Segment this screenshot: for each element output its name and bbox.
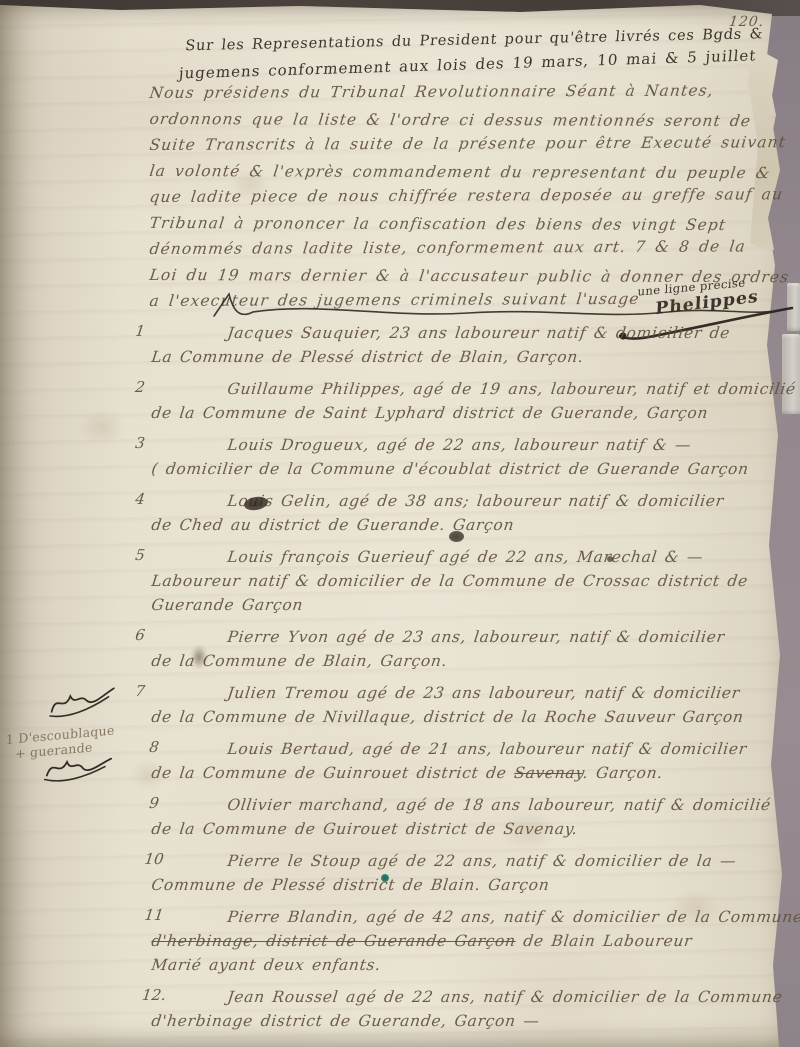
entry-line: Jean Roussel agé de 22 ans, natif & domi… bbox=[226, 985, 799, 1009]
list-entry: 3 Louis Drogueux, agé de 22 ans, laboure… bbox=[120, 433, 796, 481]
entry-number: 12. bbox=[136, 986, 172, 1004]
paragraph-line: Nous présidens du Tribunal Revolutionnai… bbox=[148, 77, 791, 106]
entry-line: de la Commune de Guirouet district de Sa… bbox=[150, 817, 799, 841]
entry-line: Julien Tremou agé de 23 ans laboureur, n… bbox=[226, 681, 799, 705]
entry-line: Jacques Sauquier, 23 ans laboureur natif… bbox=[226, 321, 799, 345]
entry-line: Marié ayant deux enfants. bbox=[150, 953, 799, 977]
order-paragraph: Nous présidens du Tribunal Revolutionnai… bbox=[148, 80, 788, 314]
list-entry: 1 Jacques Sauquier, 23 ans laboureur nat… bbox=[120, 321, 796, 369]
entry-number: 10 bbox=[136, 850, 172, 868]
list-entry: 5 Louis françois Guerieuf agé de 22 ans,… bbox=[120, 545, 796, 617]
paragraph-line: que ladite piece de nous chiffrée rester… bbox=[148, 181, 791, 210]
entry-line: Guerande Garçon bbox=[150, 593, 799, 617]
manuscript-scan: 120. Sur les Representations du Presiden… bbox=[0, 0, 800, 1047]
list-entry: 10 Pierre le Stoup agé de 22 ans, natif … bbox=[120, 849, 796, 897]
entry-line: ( domicilier de la Commune d'écoublat di… bbox=[150, 457, 799, 481]
entry-line: Pierre le Stoup agé de 22 ans, natif & d… bbox=[226, 849, 799, 873]
entry-line: Laboureur natif & domicilier de la Commu… bbox=[150, 569, 799, 593]
entry-line: Commune de Plessé district de Blain. Gar… bbox=[150, 873, 799, 897]
struck-text: Savenay bbox=[513, 764, 584, 782]
list-entry: 4 Louis Gelin, agé de 38 ans; laboureur … bbox=[120, 489, 796, 537]
entry-number: 6 bbox=[122, 626, 158, 644]
struck-text: d'herbinage, district de Guerande Garçon bbox=[150, 932, 517, 950]
list-entry: 11 Pierre Blandin, agé de 42 ans, natif … bbox=[120, 905, 796, 977]
entry-line: de la Commune de Nivillaque, district de… bbox=[150, 705, 799, 729]
entry-line: d'herbinage, district de Guerande Garçon… bbox=[150, 929, 799, 953]
entry-text-segment: de la Commune de Guinrouet district de bbox=[150, 764, 515, 782]
entry-number: 3 bbox=[122, 434, 158, 452]
entry-number: 4 bbox=[122, 490, 158, 508]
entry-line: de la Commune de Guinrouet district de S… bbox=[150, 761, 799, 785]
entry-number: 9 bbox=[136, 794, 172, 812]
entry-number: 2 bbox=[122, 378, 158, 396]
paragraph-line: Suite Transcrits à la suite de la présen… bbox=[148, 129, 791, 158]
paraph-flourish-icon bbox=[41, 753, 148, 787]
list-entry: 12. Jean Roussel agé de 22 ans, natif & … bbox=[120, 985, 796, 1033]
entry-line: Louis Gelin, agé de 38 ans; laboureur na… bbox=[226, 489, 799, 513]
entry-line: de la Commune de Saint Lyphard district … bbox=[150, 401, 799, 425]
list-entry: 8 Louis Bertaud, agé de 21 ans, laboureu… bbox=[120, 737, 796, 785]
paraph-flourish-icon bbox=[44, 682, 142, 722]
list-entry: 9 Ollivier marchand, agé de 18 ans labou… bbox=[120, 793, 796, 841]
marginal-correction-note: 1 D'escoublaque + guerande bbox=[0, 682, 148, 794]
entry-text-segment: . Garçon. bbox=[582, 764, 664, 782]
entry-line: Louis Bertaud, agé de 21 ans, laboureur … bbox=[226, 737, 799, 761]
entry-number: 5 bbox=[122, 546, 158, 564]
entry-number: 11 bbox=[136, 906, 172, 924]
entry-line: de Ched au district de Guerande. Garçon bbox=[150, 513, 799, 537]
entry-line: Louis françois Guerieuf agé de 22 ans, M… bbox=[226, 545, 799, 569]
list-entry: 6 Pierre Yvon agé de 23 ans, laboureur, … bbox=[120, 625, 796, 673]
foxing-spot bbox=[80, 410, 124, 444]
prisoner-list: 1 Jacques Sauquier, 23 ans laboureur nat… bbox=[120, 321, 796, 1041]
entry-line: Pierre Blandin, agé de 42 ans, natif & d… bbox=[226, 905, 799, 929]
entry-line: d'herbinage district de Guerande, Garçon… bbox=[150, 1009, 799, 1033]
list-entry: 2 Guillaume Philippes, agé de 19 ans, la… bbox=[120, 377, 796, 425]
entry-line: La Commune de Plessé district de Blain, … bbox=[150, 345, 799, 369]
entry-number: 1 bbox=[122, 322, 158, 340]
entry-text-segment: de Blain Laboureur bbox=[515, 932, 694, 950]
page-content: 120. Sur les Representations du Presiden… bbox=[0, 0, 800, 1047]
entry-line: Pierre Yvon agé de 23 ans, laboureur, na… bbox=[226, 625, 799, 649]
entry-line: Guillaume Philippes, agé de 19 ans, labo… bbox=[226, 377, 799, 401]
entry-line: Louis Drogueux, agé de 22 ans, laboureur… bbox=[226, 433, 799, 457]
entry-line: de la Commune de Blain, Garçon. bbox=[150, 649, 799, 673]
entry-line: Ollivier marchand, agé de 18 ans laboure… bbox=[226, 793, 799, 817]
list-entry: 7 Julien Tremou agé de 23 ans laboureur,… bbox=[120, 681, 796, 729]
paragraph-line: dénommés dans ladite liste, conformement… bbox=[148, 233, 791, 262]
divider-flourish-icon bbox=[208, 288, 786, 324]
